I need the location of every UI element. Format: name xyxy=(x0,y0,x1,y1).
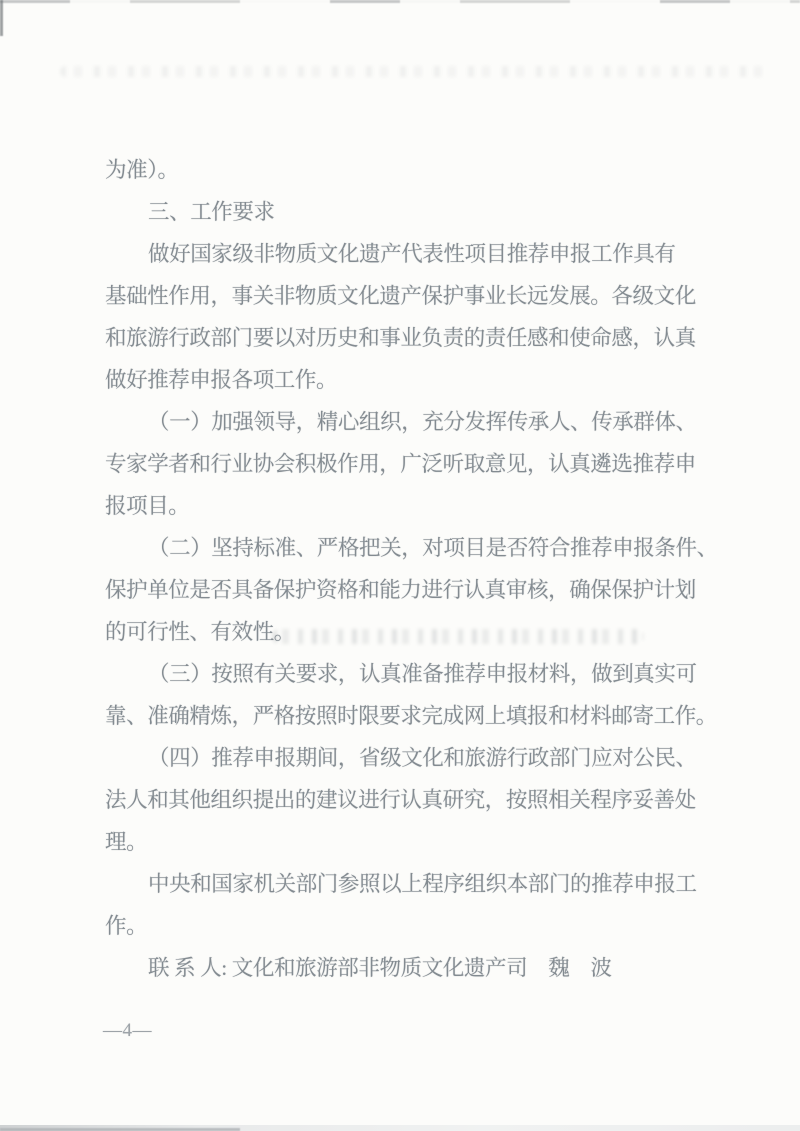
text-line: 的可行性、有效性。 xyxy=(105,611,745,653)
text-line: 法人和其他组织提出的建议进行认真研究，按照相关程序妥善处 xyxy=(105,779,745,821)
text-line: （二）坚持标准、严格把关，对项目是否符合推荐申报条件、 xyxy=(105,527,745,569)
text-line: 做好国家级非物质文化遗产代表性项目推荐申报工作具有 xyxy=(105,233,745,275)
text-line: 为准）。 xyxy=(105,149,745,191)
text-line: 联 系 人: 文化和旅游部非物质文化遗产司 魏 波 xyxy=(105,947,745,989)
text-line: 报项目。 xyxy=(105,485,745,527)
text-line: 保护单位是否具备保护资格和能力进行认真审核，确保保护计划 xyxy=(105,569,745,611)
text-line: （一）加强领导，精心组织，充分发挥传承人、传承群体、 xyxy=(105,401,745,443)
text-line: 专家学者和行业协会积极作用，广泛听取意见，认真遴选推荐申 xyxy=(105,443,745,485)
document-body: 为准）。三、工作要求做好国家级非物质文化遗产代表性项目推荐申报工作具有基础性作用… xyxy=(105,149,745,989)
text-line: 靠、准确精炼，严格按照时限要求完成网上填报和材料邮寄工作。 xyxy=(105,695,745,737)
scan-artifact-top-edge xyxy=(0,0,800,3)
text-line: （三）按照有关要求，认真准备推荐申报材料，做到真实可 xyxy=(105,653,745,695)
text-line: 基础性作用，事关非物质文化遗产保护事业长远发展。各级文化 xyxy=(105,275,745,317)
text-line: 理。 xyxy=(105,821,745,863)
text-line: （四）推荐申报期间，省级文化和旅游行政部门应对公民、 xyxy=(105,737,745,779)
text-line: 作。 xyxy=(105,905,745,947)
scanned-document-page: 为准）。三、工作要求做好国家级非物质文化遗产代表性项目推荐申报工作具有基础性作用… xyxy=(0,0,800,1131)
text-line: 中央和国家机关部门参照以上程序组织本部门的推荐申报工 xyxy=(105,863,745,905)
text-line: 做好推荐申报各项工作。 xyxy=(105,359,745,401)
scan-artifact-faint-streak xyxy=(60,66,770,77)
scan-artifact-corner-mark xyxy=(0,0,3,36)
text-line: 三、工作要求 xyxy=(105,191,745,233)
text-line: 和旅游行政部门要以对历史和事业负责的责任感和使命感，认真 xyxy=(105,317,745,359)
page-number: —4— xyxy=(103,1016,152,1046)
